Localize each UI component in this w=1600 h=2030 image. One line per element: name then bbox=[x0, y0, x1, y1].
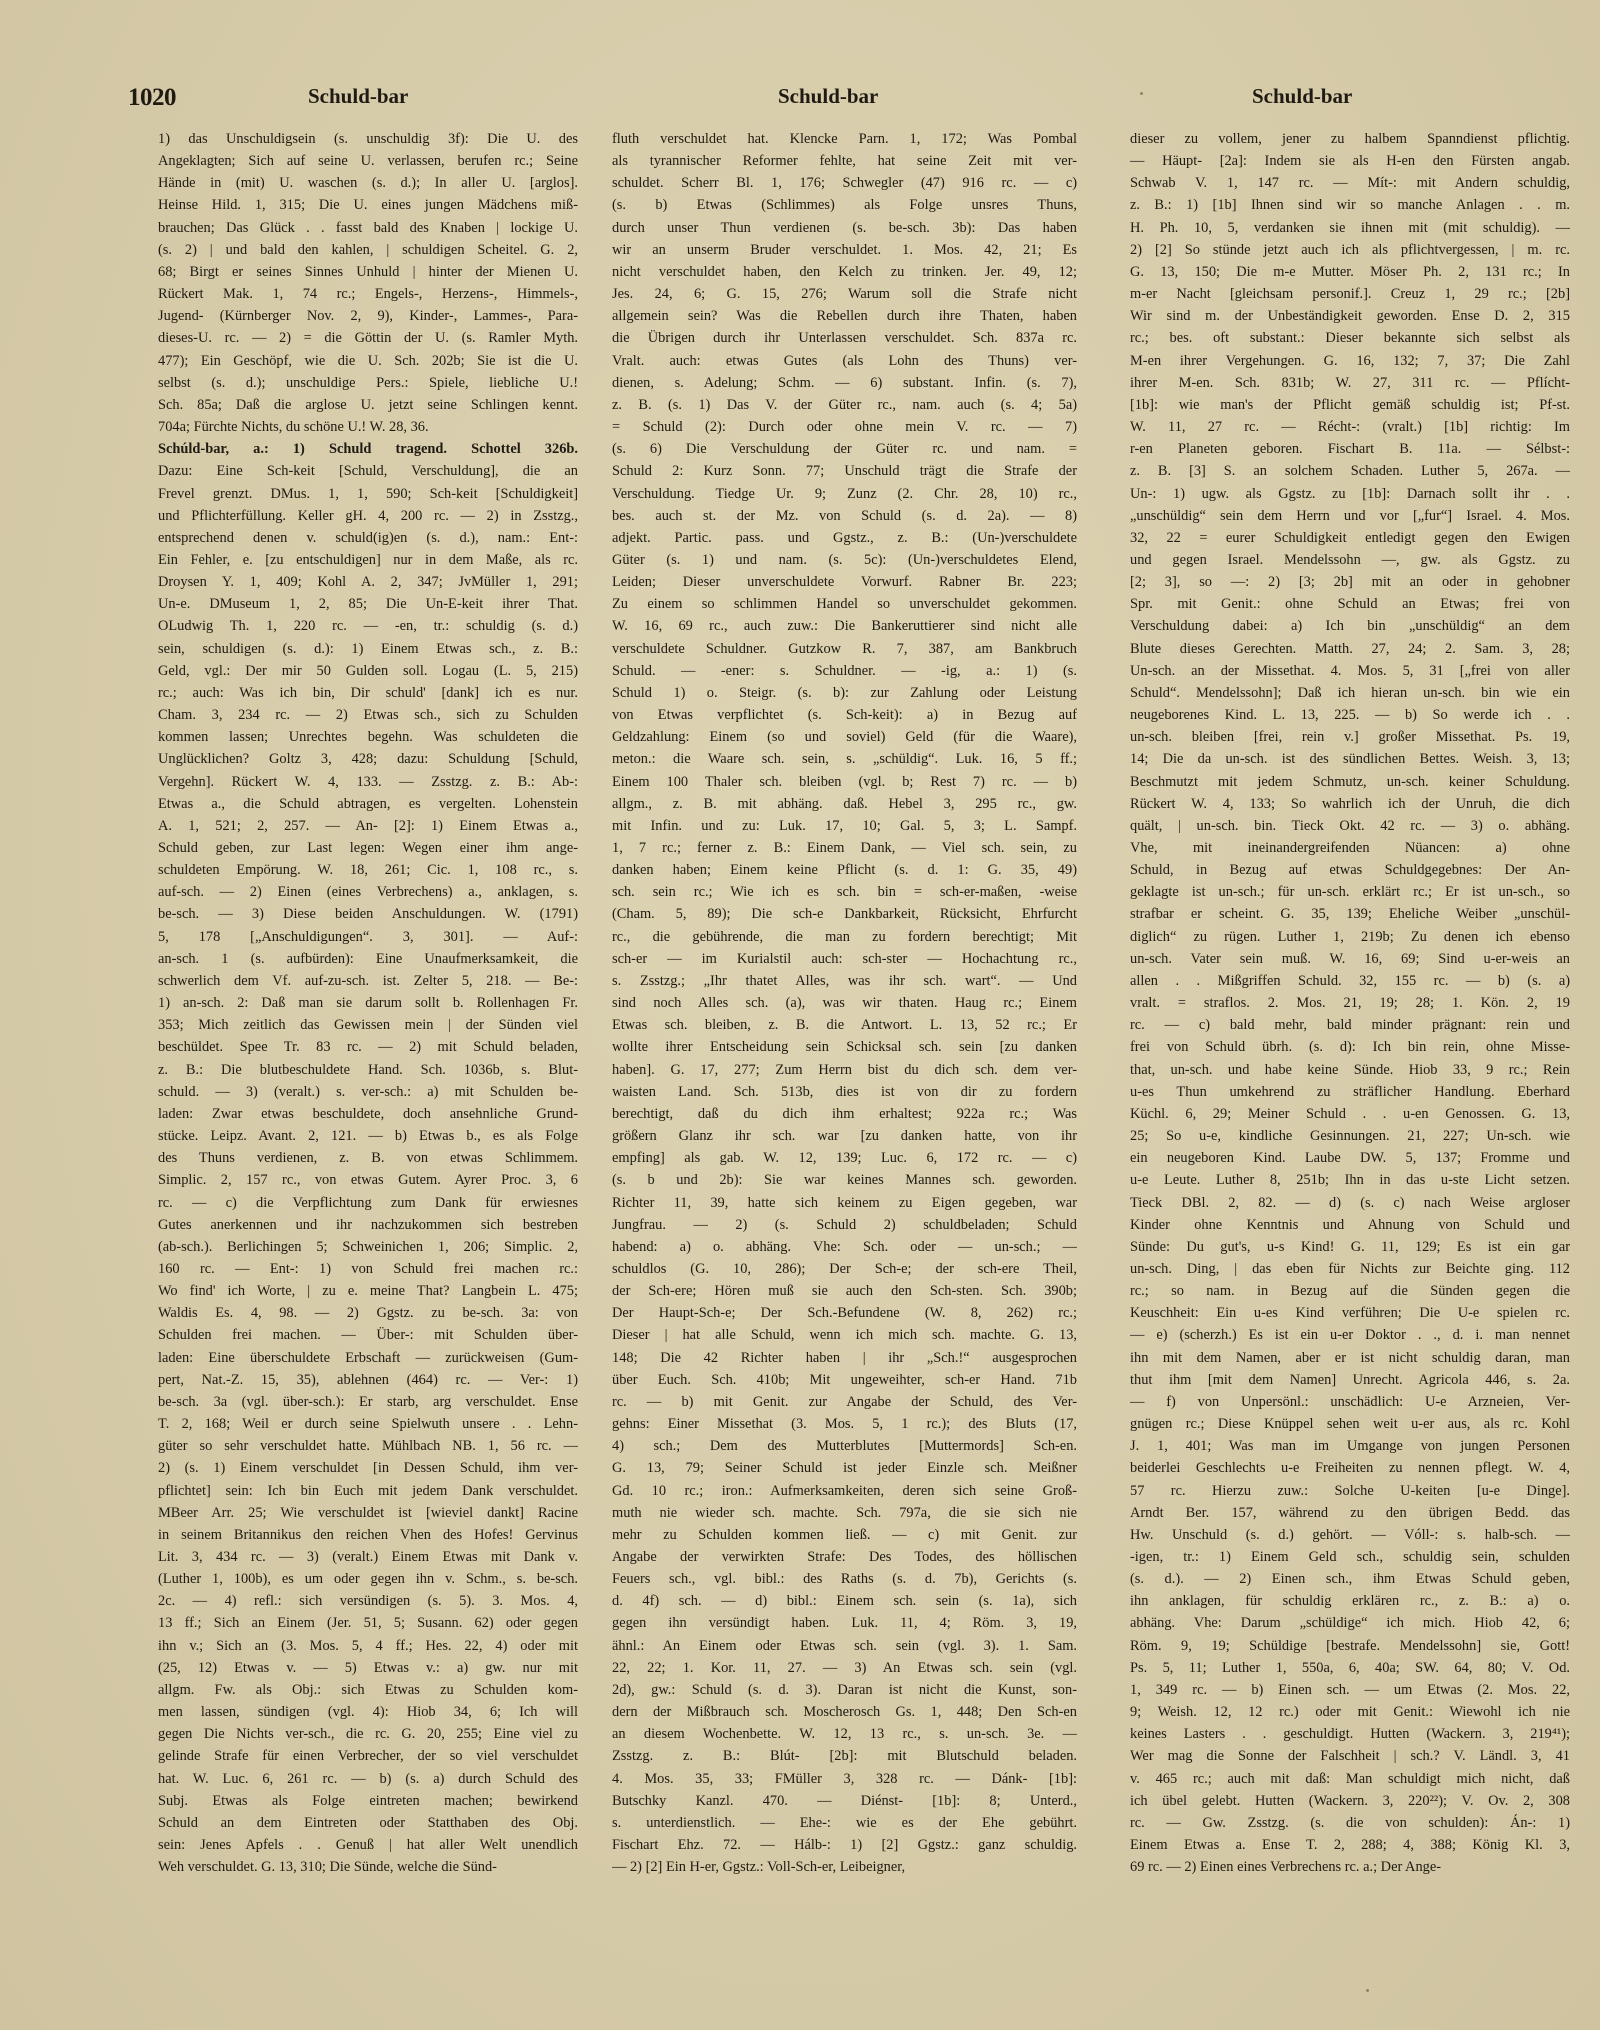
text-line: A. 1, 521; 2, 257. — An- [2]: 1) Einem E… bbox=[158, 815, 578, 837]
text-column-center: fluth verschuldet hat. Klencke Parn. 1, … bbox=[612, 128, 1077, 1878]
text-line: bes. auch st. der Mz. von Schuld (s. d. … bbox=[612, 505, 1077, 527]
text-line: Wir sind m. der Unbeständigkeit geworden… bbox=[1130, 305, 1570, 327]
text-line: un-sch. Ding, | das eben für Nichts zur … bbox=[1130, 1258, 1570, 1280]
text-line: r-en Planeten geboren. Fischart B. 11a. … bbox=[1130, 438, 1570, 460]
text-line: nicht verschuldet haben, den Kelch zu tr… bbox=[612, 261, 1077, 283]
text-line: Butschky Kanzl. 470. — Diénst- [1b]: 8; … bbox=[612, 1790, 1077, 1812]
text-line: s. unterdienstlich. — Ehe-: wie es der E… bbox=[612, 1812, 1077, 1834]
text-line: brauchen; Das Glück . . fasst bald des K… bbox=[158, 217, 578, 239]
text-line: [1b]: wie man's der Pflicht gemäß schuld… bbox=[1130, 394, 1570, 416]
text-line: Vhe, mit ineinandergreifenden Nüancen: a… bbox=[1130, 837, 1570, 859]
text-line: 14; Die da un-sch. ist des sündlichen Be… bbox=[1130, 748, 1570, 770]
text-line: verschuldete Schuldner. Gutzkow R. 7, 38… bbox=[612, 638, 1077, 660]
text-line: Un-: 1) ugw. als Ggstz. zu [1b]: Darnach… bbox=[1130, 483, 1570, 505]
text-line: gehns: Einer Missethat (3. Mos. 5, 1 rc.… bbox=[612, 1413, 1077, 1435]
text-line: 148; Die 42 Richter haben | ihr „Sch.!“ … bbox=[612, 1347, 1077, 1369]
text-line: 1, 349 rc. — b) Einen sch. — um Etwas (2… bbox=[1130, 1679, 1570, 1701]
text-line: 13 ff.; Sich an Einem (Jer. 51, 5; Susan… bbox=[158, 1612, 578, 1634]
text-line: T. 2, 168; Weil er durch seine Spielwuth… bbox=[158, 1413, 578, 1435]
text-line: (s. 6) Die Verschuldung der Güter rc. un… bbox=[612, 438, 1077, 460]
text-line: 2) [2] So stünde jetzt auch ich als pfli… bbox=[1130, 239, 1570, 261]
text-line: Rückert Mak. 1, 74 rc.; Engels-, Herzens… bbox=[158, 283, 578, 305]
text-line: W. 11, 27 rc. — Récht-: (vralt.) [1b] ri… bbox=[1130, 416, 1570, 438]
text-line: — 2) [2] Ein H-er, Ggstz.: Voll-Sch-er, … bbox=[612, 1856, 1077, 1878]
text-line: schuldet. Scherr Bl. 1, 176; Schwegler (… bbox=[612, 172, 1077, 194]
text-line: ihn mit dem Namen, aber er ist nicht sch… bbox=[1130, 1347, 1570, 1369]
text-line: v. 465 rc.; auch mit daß: Man schuldigt … bbox=[1130, 1768, 1570, 1790]
text-line: Güter (s. 1) und nam. (s. 5c): (Un-)vers… bbox=[612, 549, 1077, 571]
text-line: 1, 7 rc.; ferner z. B.: Einem Dank, — Vi… bbox=[612, 837, 1077, 859]
text-line: sein, schuldigen (s. d.): 1) Einem Etwas… bbox=[158, 638, 578, 660]
text-line: Lit. 3, 434 rc. — 3) (veralt.) Einem Etw… bbox=[158, 1546, 578, 1568]
text-line: be-sch. — 3) Diese beiden Anschuldungen.… bbox=[158, 903, 578, 925]
text-line: Schuld 1) o. Steigr. (s. b): zur Zahlung… bbox=[612, 682, 1077, 704]
text-line: (25, 12) Etwas v. — 5) Etwas v.: a) gw. … bbox=[158, 1657, 578, 1679]
text-line: Wo find' ich Worte, | zu e. meine That? … bbox=[158, 1280, 578, 1302]
text-line: u-e Leute. Luther 8, 251b; Ihn in das u-… bbox=[1130, 1169, 1570, 1191]
text-line: 25; So u-e, kindliche Gesinnungen. 21, 2… bbox=[1130, 1125, 1570, 1147]
text-line: 2d), gw.: Schuld (s. d. 3). Daran ist ni… bbox=[612, 1679, 1077, 1701]
text-line: 2c. — 4) refl.: sich versündigen (s. 5).… bbox=[158, 1590, 578, 1612]
text-line: Leiden; Dieser unverschuldete Vorwurf. R… bbox=[612, 571, 1077, 593]
text-line: geklagte ist un-sch.; für un-sch. erklär… bbox=[1130, 881, 1570, 903]
text-line: OLudwig Th. 1, 220 rc. — -en, tr.: schul… bbox=[158, 615, 578, 637]
text-line: J. 1, 401; Was man im Umgange von jungen… bbox=[1130, 1435, 1570, 1457]
text-line: neugeborenes Kind. L. 13, 225. — b) So w… bbox=[1130, 704, 1570, 726]
text-line: Un-e. DMuseum 1, 2, 85; Die Un-E-keit ih… bbox=[158, 593, 578, 615]
text-line: z. B. (s. 1) Das V. der Güter rc., nam. … bbox=[612, 394, 1077, 416]
paper-speck bbox=[1366, 1989, 1369, 1992]
text-line: Einem Etwas a. Ense T. 2, 288; 4, 388; K… bbox=[1130, 1834, 1570, 1856]
paper-speck bbox=[1140, 92, 1143, 95]
text-line: habend: a) o. abhäng. Vhe: Sch. oder — u… bbox=[612, 1236, 1077, 1258]
text-line: schuldeten Empörung. W. 18, 261; Cic. 1,… bbox=[158, 859, 578, 881]
text-line: Fischart Ehz. 72. — Hálb-: 1) [2] Ggstz.… bbox=[612, 1834, 1077, 1856]
text-line: 4. Mos. 35, 33; FMüller 3, 328 rc. — Dán… bbox=[612, 1768, 1077, 1790]
text-line: 4) sch.; Dem des Mutterblutes [Muttermor… bbox=[612, 1435, 1077, 1457]
text-line: H. Ph. 10, 5, verdanken sie ihnen mit (m… bbox=[1130, 217, 1570, 239]
text-line: Zu einem so schlimmen Handel so unversch… bbox=[612, 593, 1077, 615]
text-line: ihn anklagen, für schuldig erklären rc.,… bbox=[1130, 1590, 1570, 1612]
text-line: Weh verschuldet. G. 13, 310; Die Sünde, … bbox=[158, 1856, 578, 1878]
text-line: der Sch-ere; Hören muß sie auch den Sch-… bbox=[612, 1280, 1077, 1302]
text-line: ich übel gelebt. Hutten (Wackern. 3, 220… bbox=[1130, 1790, 1570, 1812]
text-line: 1) an-sch. 2: Daß man sie darum sollt b.… bbox=[158, 992, 578, 1014]
text-line: an diesem Wochenbette. W. 12, 13 rc., s.… bbox=[612, 1723, 1077, 1745]
text-line: Sünde: Du gut's, u-s Kind! G. 11, 129; E… bbox=[1130, 1236, 1570, 1258]
text-line: Blute dieses Gerechten. Matth. 27, 24; 2… bbox=[1130, 638, 1570, 660]
text-line: allen . . Mißgriffen Schuld. 32, 155 rc.… bbox=[1130, 970, 1570, 992]
text-line: durch unser Thun verdienen (s. be-sch. 3… bbox=[612, 217, 1077, 239]
text-line: Rückert W. 4, 133; So wahrlich ich der U… bbox=[1130, 793, 1570, 815]
text-line: [2; 3], so —: 2) [3; 2b] mit an oder in … bbox=[1130, 571, 1570, 593]
text-line: Geldzahlung: Einem (so und soviel) Geld … bbox=[612, 726, 1077, 748]
text-line: 353; Mich zeitlich das Gewissen mein | d… bbox=[158, 1014, 578, 1036]
text-line: 9; Weish. 12, 12 rc.) oder mit Genit.: W… bbox=[1130, 1701, 1570, 1723]
text-line: Subj. Etwas als Folge eintreten machen; … bbox=[158, 1790, 578, 1812]
text-line: Einem 100 Thaler sch. bleiben (vgl. b; R… bbox=[612, 771, 1077, 793]
text-line: Frevel grenzt. DMus. 1, 1, 590; Sch-keit… bbox=[158, 483, 578, 505]
text-line: Droysen Y. 1, 409; Kohl A. 2, 347; JvMül… bbox=[158, 571, 578, 593]
text-line: 22, 22; 1. Kor. 11, 27. — 3) An Etwas sc… bbox=[612, 1657, 1077, 1679]
text-line: (ab-sch.). Berlichingen 5; Schweinichen … bbox=[158, 1236, 578, 1258]
text-line: pflichtet] sein: Ich bin Euch mit jedem … bbox=[158, 1480, 578, 1502]
text-line: Schuld, in Bezug auf etwas Schuldgegebne… bbox=[1130, 859, 1570, 881]
text-line: 5, 178 [„Anschuldigungen“. 3, 301]. — Au… bbox=[158, 926, 578, 948]
text-line: Dieser | hat alle Schuld, wenn ich mich … bbox=[612, 1324, 1077, 1346]
text-line: rc.; bes. oft substant.: Dieser bekannte… bbox=[1130, 327, 1570, 349]
text-line: MBeer Arr. 25; Wie verschuldet ist [wiev… bbox=[158, 1502, 578, 1524]
text-line: Kinder ohne Kenntnis und Ahnung von Schu… bbox=[1130, 1214, 1570, 1236]
text-line: z. B. [3] S. an solchem Schaden. Luther … bbox=[1130, 460, 1570, 482]
text-line: meton.: die Waare sch. sein, s. „schüldi… bbox=[612, 748, 1077, 770]
text-line: gnügen rc.; Diese Knüppel sehen weit u-e… bbox=[1130, 1413, 1570, 1435]
text-line: Jugend- (Kürnberger Nov. 2, 9), Kinder-,… bbox=[158, 305, 578, 327]
text-line: Küchl. 6, 29; Meiner Schuld . . u-en Gen… bbox=[1130, 1103, 1570, 1125]
text-line: schwerlich dem Vf. auf-zu-sch. ist. Zelt… bbox=[158, 970, 578, 992]
text-line: schuld. — 3) (veralt.) s. ver-sch.: a) m… bbox=[158, 1081, 578, 1103]
text-line: men lassen, sündigen (vgl. 4): Hiob 34, … bbox=[158, 1701, 578, 1723]
text-line: mehr zu Schulden kommen ließ. — c) mit G… bbox=[612, 1524, 1077, 1546]
text-line: fluth verschuldet hat. Klencke Parn. 1, … bbox=[612, 128, 1077, 150]
text-line: ihn v.; Sich an (3. Mos. 5, 4 ff.; Hes. … bbox=[158, 1635, 578, 1657]
text-line: pert, Nat.-Z. 15, 35), ablehnen (464) rc… bbox=[158, 1369, 578, 1391]
text-line: rc. — Gw. Zsstzg. (s. die von schulden):… bbox=[1130, 1812, 1570, 1834]
text-line: Verschuldung dabei: a) Ich bin „unschüld… bbox=[1130, 615, 1570, 637]
text-line: Ein Fehler, e. [zu entschuldigen] nur in… bbox=[158, 549, 578, 571]
text-line: rc.; auch: Was ich bin, Dir schuld' [dan… bbox=[158, 682, 578, 704]
text-line: Sch. 85a; Daß die arglose U. jetzt seine… bbox=[158, 394, 578, 416]
text-line: G. 13, 79; Seiner Schuld ist jeder Einzl… bbox=[612, 1457, 1077, 1479]
text-line: (s. b) Etwas (Schlimmes) als Folge unsre… bbox=[612, 194, 1077, 216]
text-line: an-sch. 1 (s. aufbürden): Eine Unaufmerk… bbox=[158, 948, 578, 970]
text-line: Jungfrau. — 2) (s. Schuld 2) schuldbelad… bbox=[612, 1214, 1077, 1236]
text-line: Schuld geben, zur Last legen: Wegen eine… bbox=[158, 837, 578, 859]
text-line: Ps. 5, 11; Luther 1, 550a, 6, 40a; SW. 6… bbox=[1130, 1657, 1570, 1679]
text-line: danken haben; Einem keine Pflicht (s. d.… bbox=[612, 859, 1077, 881]
text-line: Schúld-bar, a.: 1) Schuld tragend. Schot… bbox=[158, 438, 578, 460]
text-line: laden: Eine überschuldete Erbschaft — zu… bbox=[158, 1347, 578, 1369]
text-line: Tieck DBl. 2, 82. — d) (s. c) nach Weise… bbox=[1130, 1192, 1570, 1214]
text-line: sch. sein rc.; Wie ich es sch. bin = sch… bbox=[612, 881, 1077, 903]
text-line: u-es Thun umkehrend zu sträflicher Handl… bbox=[1130, 1081, 1570, 1103]
running-head-center: Schuld-bar bbox=[778, 84, 878, 109]
text-line: — f) von Unpersönl.: unschädlich: U-e Ar… bbox=[1130, 1391, 1570, 1413]
text-line: Angabe der verwirkten Strafe: Des Todes,… bbox=[612, 1546, 1077, 1568]
text-line: beiderlei Geschlechts u-e Freiheiten zu … bbox=[1130, 1457, 1570, 1479]
text-line: Schuld 2: Kurz Sonn. 77; Unschuld trägt … bbox=[612, 460, 1077, 482]
text-line: diglich“ zu rügen. Luther 1, 219b; Zu de… bbox=[1130, 926, 1570, 948]
text-line: kommen lassen; Unrechtes begehn. Was sch… bbox=[158, 726, 578, 748]
text-line: Simplic. 2, 157 rc., von etwas Gutem. Ay… bbox=[158, 1169, 578, 1191]
text-line: rc. — c) bald mehr, bald minder prägnant… bbox=[1130, 1014, 1570, 1036]
text-line: sind noch Alles sch. (a), was wir thaten… bbox=[612, 992, 1077, 1014]
text-line: 477); Ein Geschöpf, wie die U. Sch. 202b… bbox=[158, 350, 578, 372]
text-line: entsprechend denen v. schuld(ig)en (s. d… bbox=[158, 527, 578, 549]
text-line: 32, 22 = eurer Schuldigkeit entledigt ge… bbox=[1130, 527, 1570, 549]
text-line: Verschuldung. Tiedge Ur. 9; Zunz (2. Chr… bbox=[612, 483, 1077, 505]
text-line: be-sch. 3a (vgl. über-sch.): Er starb, a… bbox=[158, 1391, 578, 1413]
text-line: schuldlos (G. 10, 286); Der Sch-e; der s… bbox=[612, 1258, 1077, 1280]
text-line: und Pflichterfüllung. Keller gH. 4, 200 … bbox=[158, 505, 578, 527]
text-line: -igen, tr.: 1) Einem Geld sch., schuldig… bbox=[1130, 1546, 1570, 1568]
text-line: m-er Nacht [gleichsam personif.]. Creuz … bbox=[1130, 283, 1570, 305]
text-line: Schwab V. 1, 147 rc. — Mít-: mit Andern … bbox=[1130, 172, 1570, 194]
text-line: Zsstzg. z. B.: Blút- [2b]: mit Blutschul… bbox=[612, 1745, 1077, 1767]
text-line: von Etwas verpflichtet (s. Sch-keit): a)… bbox=[612, 704, 1077, 726]
text-line: Unglücklichen? Goltz 3, 428; dazu: Schul… bbox=[158, 748, 578, 770]
text-line: Wer mag die Sonne der Falschheit | sch.?… bbox=[1130, 1745, 1570, 1767]
page-number: 1020 bbox=[128, 84, 176, 112]
text-line: empfing] als gab. W. 12, 139; Luc. 6, 17… bbox=[612, 1147, 1077, 1169]
text-line: 160 rc. — Ent-: 1) von Schuld frei mache… bbox=[158, 1258, 578, 1280]
text-line: ein neugeboren Kind. Laube DW. 5, 137; F… bbox=[1130, 1147, 1570, 1169]
text-line: abhäng. Vhe: Darum „schüldige“ ich mich.… bbox=[1130, 1612, 1570, 1634]
text-line: rc. — c) die Verpflichtung zum Dank für … bbox=[158, 1192, 578, 1214]
text-line: Geld, vgl.: Der mir 50 Gulden soll. Loga… bbox=[158, 660, 578, 682]
text-line: selbst (s. d.); unschuldige Pers.: Spiel… bbox=[158, 372, 578, 394]
text-line: gelinde Strafe für einen Verbrecher, der… bbox=[158, 1745, 578, 1767]
text-line: als tyrannischer Reformer fehlte, hat se… bbox=[612, 150, 1077, 172]
running-head-left: Schuld-bar bbox=[308, 84, 408, 109]
text-line: s. Zsstzg.; „Ihr thatet Alles, was ihr s… bbox=[612, 970, 1077, 992]
text-line: = Schuld (2): Durch oder ohne mein V. rc… bbox=[612, 416, 1077, 438]
text-line: wollte ihrer Entscheidung sein Schicksal… bbox=[612, 1036, 1077, 1058]
text-line: sein: Jenes Apfels . . Genuß | hat aller… bbox=[158, 1834, 578, 1856]
text-line: Heinse Hild. 1, 315; Die U. eines jungen… bbox=[158, 194, 578, 216]
text-line: in seinem Britannikus den reichen Vhen d… bbox=[158, 1524, 578, 1546]
text-line: Schuld. — -ener: s. Schuldner. — -ig, a.… bbox=[612, 660, 1077, 682]
text-line: 69 rc. — 2) Einen eines Verbrechens rc. … bbox=[1130, 1856, 1570, 1878]
text-line: un-sch. Vater sein muß. W. 16, 69; Sind … bbox=[1130, 948, 1570, 970]
text-line: Schuld an dem Eintreten oder Statthaben … bbox=[158, 1812, 578, 1834]
text-line: (s. 2) | und bald den kahlen, | schuldig… bbox=[158, 239, 578, 261]
text-line: Spr. mit Genit.: ohne Schuld an Etwas; f… bbox=[1130, 593, 1570, 615]
text-line: un-sch. bleiben [frei, rein v.] großer M… bbox=[1130, 726, 1570, 748]
text-line: „unschüldig“ sein dem Herrn und vor [„fu… bbox=[1130, 505, 1570, 527]
text-line: Dazu: Eine Sch-keit [Schuld, Verschuldun… bbox=[158, 460, 578, 482]
text-line: auf-sch. — 2) Einen (eines Verbrechens) … bbox=[158, 881, 578, 903]
text-line: d. 4f) sch. — d) bibl.: Einem sch. sein … bbox=[612, 1590, 1077, 1612]
text-line: frei von Schuld übrh. (s. d): Ich bin re… bbox=[1130, 1036, 1570, 1058]
text-line: allgm. Fw. als Obj.: sich Etwas zu Schul… bbox=[158, 1679, 578, 1701]
text-line: sch-er — im Kurialstil auch: sch-ster — … bbox=[612, 948, 1077, 970]
text-line: gegen ihn versündigt haben. Luk. 11, 4; … bbox=[612, 1612, 1077, 1634]
text-line: rc.; so nam. in Bezug auf die Sünden geg… bbox=[1130, 1280, 1570, 1302]
text-line: Vralt. auch: etwas Gutes (als Lohn des T… bbox=[612, 350, 1077, 372]
text-line: 57 rc. Hierzu zuw.: Solche U-keiten [u-e… bbox=[1130, 1480, 1570, 1502]
text-line: stücke. Leipz. Avant. 2, 121. — b) Etwas… bbox=[158, 1125, 578, 1147]
text-line: 1) das Unschuldigsein (s. unschuldig 3f)… bbox=[158, 128, 578, 150]
text-line: dern der Mißbrauch sch. Moscherosch Gs. … bbox=[612, 1701, 1077, 1723]
text-line: W. 16, 69 rc., auch zuw.: Die Bankerutti… bbox=[612, 615, 1077, 637]
text-line: mit Infin. und zu: Luk. 17, 10; Gal. 5, … bbox=[612, 815, 1077, 837]
text-line: adjekt. Partic. pass. und Ggstz., z. B.:… bbox=[612, 527, 1077, 549]
text-line: Angeklagten; Sich auf seine U. verlassen… bbox=[158, 150, 578, 172]
text-line: vralt. = straflos. 2. Mos. 21, 19; 28; 1… bbox=[1130, 992, 1570, 1014]
text-line: Beschmutzt mit jedem Schmutz, un-sch. ke… bbox=[1130, 771, 1570, 793]
text-line: Arndt Ber. 157, während zu den übrigen B… bbox=[1130, 1502, 1570, 1524]
text-line: allgm., z. B. mit abhäng. daß. Hebel 3, … bbox=[612, 793, 1077, 815]
text-line: ihrer M-en. Sch. 831b; W. 27, 311 rc. — … bbox=[1130, 372, 1570, 394]
text-line: Gutes anerkennen und ihr nachzukommen si… bbox=[158, 1214, 578, 1236]
text-line: allgemein sein? Was die Rebellen durch i… bbox=[612, 305, 1077, 327]
text-line: Cham. 3, 234 rc. — 2) Etwas sch., sich z… bbox=[158, 704, 578, 726]
text-line: die Übrigen durch ihr Unterlassen versch… bbox=[612, 327, 1077, 349]
text-line: Gd. 10 rc.; iron.: Aufmerksamkeiten, der… bbox=[612, 1480, 1077, 1502]
page-header: 1020 Schuld-bar Schuld-bar Schuld-bar bbox=[0, 78, 1600, 118]
text-line: rc. — b) mit Genit. zur Angabe der Schul… bbox=[612, 1391, 1077, 1413]
text-line: Feuers sch., vgl. bibl.: des Raths (s. d… bbox=[612, 1568, 1077, 1590]
text-line: dieser zu vollem, jener zu halbem Spannd… bbox=[1130, 128, 1570, 150]
text-line: Hände in (mit) U. waschen (s. d.); In al… bbox=[158, 172, 578, 194]
text-line: keines Lasters . . geschuldigt. Hutten (… bbox=[1130, 1723, 1570, 1745]
text-line: 704a; Fürchte Nichts, du schöne U.! W. 2… bbox=[158, 416, 578, 438]
text-column-left: 1) das Unschuldigsein (s. unschuldig 3f)… bbox=[158, 128, 578, 1878]
text-line: Etwas sch. bleiben, z. B. die Antwort. L… bbox=[612, 1014, 1077, 1036]
text-line: Richter 11, 39, hatte sich keinem zu Eig… bbox=[612, 1192, 1077, 1214]
text-line: — Häupt- [2a]: Indem sie als H-en den Fü… bbox=[1130, 150, 1570, 172]
text-line: hat. W. Luc. 6, 261 rc. — b) (s. a) durc… bbox=[158, 1768, 578, 1790]
text-line: Jes. 24, 6; G. 15, 276; Warum soll die S… bbox=[612, 283, 1077, 305]
text-line: quält, | un-sch. bin. Tieck Okt. 42 rc. … bbox=[1130, 815, 1570, 837]
text-line: gegen Die Nichts ver-sch., die rc. G. 20… bbox=[158, 1723, 578, 1745]
text-line: z. B.: Die blutbeschuldete Hand. Sch. 10… bbox=[158, 1059, 578, 1081]
text-line: z. B.: 1) [1b] Ihnen sind wir so manche … bbox=[1130, 194, 1570, 216]
text-line: Etwas a., die Schuld abtragen, es vergel… bbox=[158, 793, 578, 815]
text-line: haben]. G. 17, 277; Zum Herrn bist du di… bbox=[612, 1059, 1077, 1081]
text-line: Keuschheit: Ein u-es Kind verführen; Die… bbox=[1130, 1302, 1570, 1324]
running-head-right: Schuld-bar bbox=[1252, 84, 1352, 109]
text-line: (s. d.). — 2) Einen sch., ihm Etwas Schu… bbox=[1130, 1568, 1570, 1590]
text-line: Vergehn]. Rückert W. 4, 133. — Zsstzg. z… bbox=[158, 771, 578, 793]
text-line: G. 13, 150; Die m-e Mutter. Möser Ph. 2,… bbox=[1130, 261, 1570, 283]
text-line: (s. b und 2b): Sie war keines Mannes sch… bbox=[612, 1169, 1077, 1191]
text-line: muth nie wieder sch. machte. Sch. 797a, … bbox=[612, 1502, 1077, 1524]
text-line: größern Glanz ihr sch. war [zu danken ha… bbox=[612, 1125, 1077, 1147]
text-line: rc., die gebührende, die man zu fordern … bbox=[612, 926, 1077, 948]
text-line: Röm. 9, 19; Schüldige [bestrafe. Mendels… bbox=[1130, 1635, 1570, 1657]
text-line: dienen, s. Adelung; Schm. — 6) substant.… bbox=[612, 372, 1077, 394]
text-line: waisten Land. Sch. 513b, dies ist von di… bbox=[612, 1081, 1077, 1103]
text-line: (Cham. 5, 89); Die sch-e Dankbarkeit, Rü… bbox=[612, 903, 1077, 925]
text-line: und gegen Israel. Mendelssohn —, gw. als… bbox=[1130, 549, 1570, 571]
text-line: über Euch. Sch. 410b; Mit ungeweihter, s… bbox=[612, 1369, 1077, 1391]
text-line: berechtigt, daß du dich ihm erhaltest; 9… bbox=[612, 1103, 1077, 1125]
text-line: des Thuns verdienen, z. B. von etwas Sch… bbox=[158, 1147, 578, 1169]
text-line: laden: Zwar etwas beschuldete, doch anse… bbox=[158, 1103, 578, 1125]
text-line: 2) (s. 1) Einem verschuldet [in Dessen S… bbox=[158, 1457, 578, 1479]
text-line: beschüldet. Spee Tr. 83 rc. — 2) mit Sch… bbox=[158, 1036, 578, 1058]
text-line: (Luther 1, 100b), es um oder gegen ihn v… bbox=[158, 1568, 578, 1590]
text-line: — e) (scherzh.) Es ist ein u-er Doktor .… bbox=[1130, 1324, 1570, 1346]
text-line: M-en ihrer Vergehungen. G. 16, 132; 7, 3… bbox=[1130, 350, 1570, 372]
text-line: that, un-sch. und habe keine Sünde. Hiob… bbox=[1130, 1059, 1570, 1081]
text-line: 68; Birgt er seines Sinnes Unhuld | hint… bbox=[158, 261, 578, 283]
text-line: güter so sehr verschuldet hatte. Mühlbac… bbox=[158, 1435, 578, 1457]
text-line: ähnl.: An Einem oder Etwas sch. sein (vg… bbox=[612, 1635, 1077, 1657]
text-line: Der Haupt-Sch-e; Der Sch.-Befundene (W. … bbox=[612, 1302, 1077, 1324]
text-line: Un-sch. an der Missethat. 4. Mos. 5, 31 … bbox=[1130, 660, 1570, 682]
text-column-right: dieser zu vollem, jener zu halbem Spannd… bbox=[1130, 128, 1570, 1878]
text-line: thut ihm [mit dem Namen] Unrecht. Agrico… bbox=[1130, 1369, 1570, 1391]
text-line: Hw. Unschuld (s. d.) gehört. — Vóll-: s.… bbox=[1130, 1524, 1570, 1546]
text-line: Schulden frei machen. — Über-: mit Schul… bbox=[158, 1324, 578, 1346]
text-line: Schuld“. Mendelssohn]; Daß ich hieran un… bbox=[1130, 682, 1570, 704]
text-line: Waldis Es. 4, 98. — 2) Ggstz. zu be-sch.… bbox=[158, 1302, 578, 1324]
text-line: dieses-U. rc. — 2) = die Göttin der U. (… bbox=[158, 327, 578, 349]
text-line: strafbar er scheint. G. 35, 139; Ehelich… bbox=[1130, 903, 1570, 925]
text-line: wir an unserm Bruder verschuldet. 1. Mos… bbox=[612, 239, 1077, 261]
